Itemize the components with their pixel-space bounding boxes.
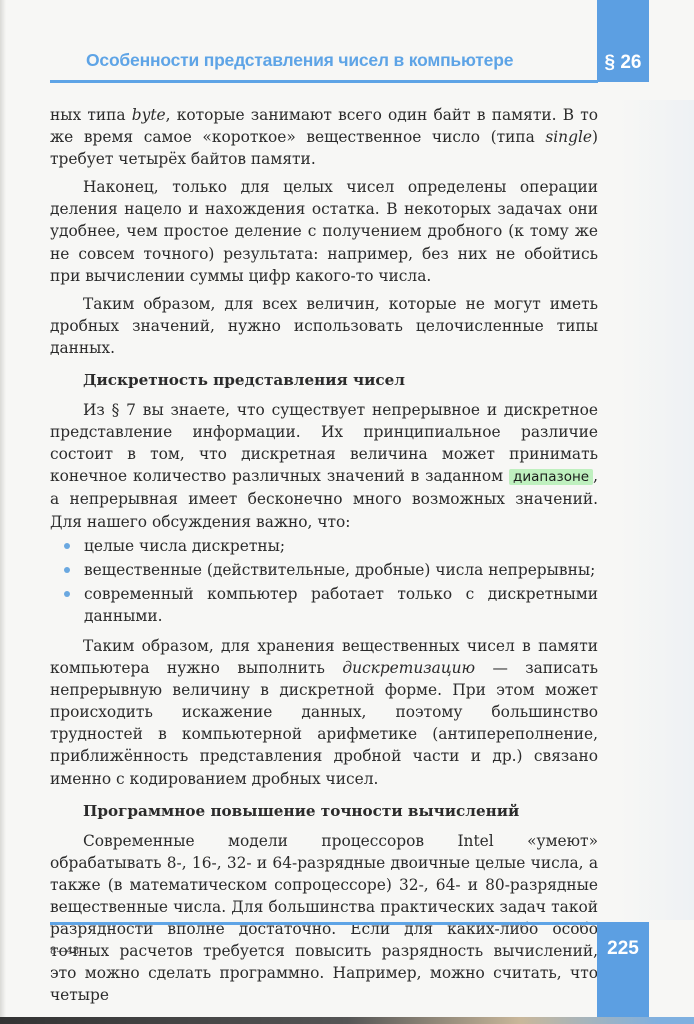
- page-number: 225: [597, 938, 649, 960]
- paragraph: Таким образом, для всех величин, которые…: [50, 293, 598, 359]
- section-heading: Дискретность представления чисел: [83, 369, 598, 391]
- list-item: вещественные (действительные, дробные) ч…: [84, 559, 598, 581]
- printer-signature: 8—48: [50, 946, 79, 957]
- paragraph: Наконец, только для целых чисел определе…: [50, 176, 598, 286]
- bullet-list: целые числа дискретны; вещественные (дей…: [50, 535, 598, 627]
- list-item-text: современный компьютер работает только с …: [84, 585, 598, 625]
- text-run: ных типа: [50, 106, 132, 124]
- paragraph: Таким образом, для хранения вещественных…: [50, 635, 598, 790]
- page-margin-shadow: [620, 100, 694, 920]
- highlighted-term[interactable]: диапазоне: [509, 469, 593, 485]
- section-tab: § 26: [597, 0, 649, 82]
- term-discretization: дискретизацию: [342, 659, 475, 677]
- term-single: single: [545, 128, 592, 146]
- list-item-text: целые числа дискретны;: [84, 537, 285, 555]
- page-content: ных типа byte, которые занимают всего од…: [50, 104, 598, 1006]
- page-number-tab: 225: [597, 922, 649, 1024]
- bullet-icon: [64, 543, 70, 549]
- page-edge: [0, 0, 6, 1024]
- bullet-icon: [64, 567, 70, 573]
- header-divider: [50, 80, 598, 83]
- footer-divider: [50, 922, 598, 925]
- paragraph: Из § 7 вы знаете, что существует непреры…: [50, 399, 598, 533]
- page-bottom-edge: [0, 1017, 694, 1024]
- text-run: — записать непрерывную величину в дискре…: [50, 659, 598, 787]
- section-number: § 26: [597, 52, 649, 74]
- bullet-icon: [64, 591, 70, 597]
- term-byte: byte: [132, 106, 166, 124]
- paragraph: ных типа byte, которые занимают всего од…: [50, 104, 598, 170]
- section-heading: Программное повышение точности вычислени…: [83, 800, 598, 822]
- list-item: целые числа дискретны;: [84, 535, 598, 557]
- list-item: современный компьютер работает только с …: [84, 583, 598, 627]
- paragraph: Современные модели процессоров Intel «ум…: [50, 830, 598, 1007]
- chapter-title: Особенности представления чисел в компью…: [86, 50, 513, 71]
- list-item-text: вещественные (действительные, дробные) ч…: [84, 561, 595, 579]
